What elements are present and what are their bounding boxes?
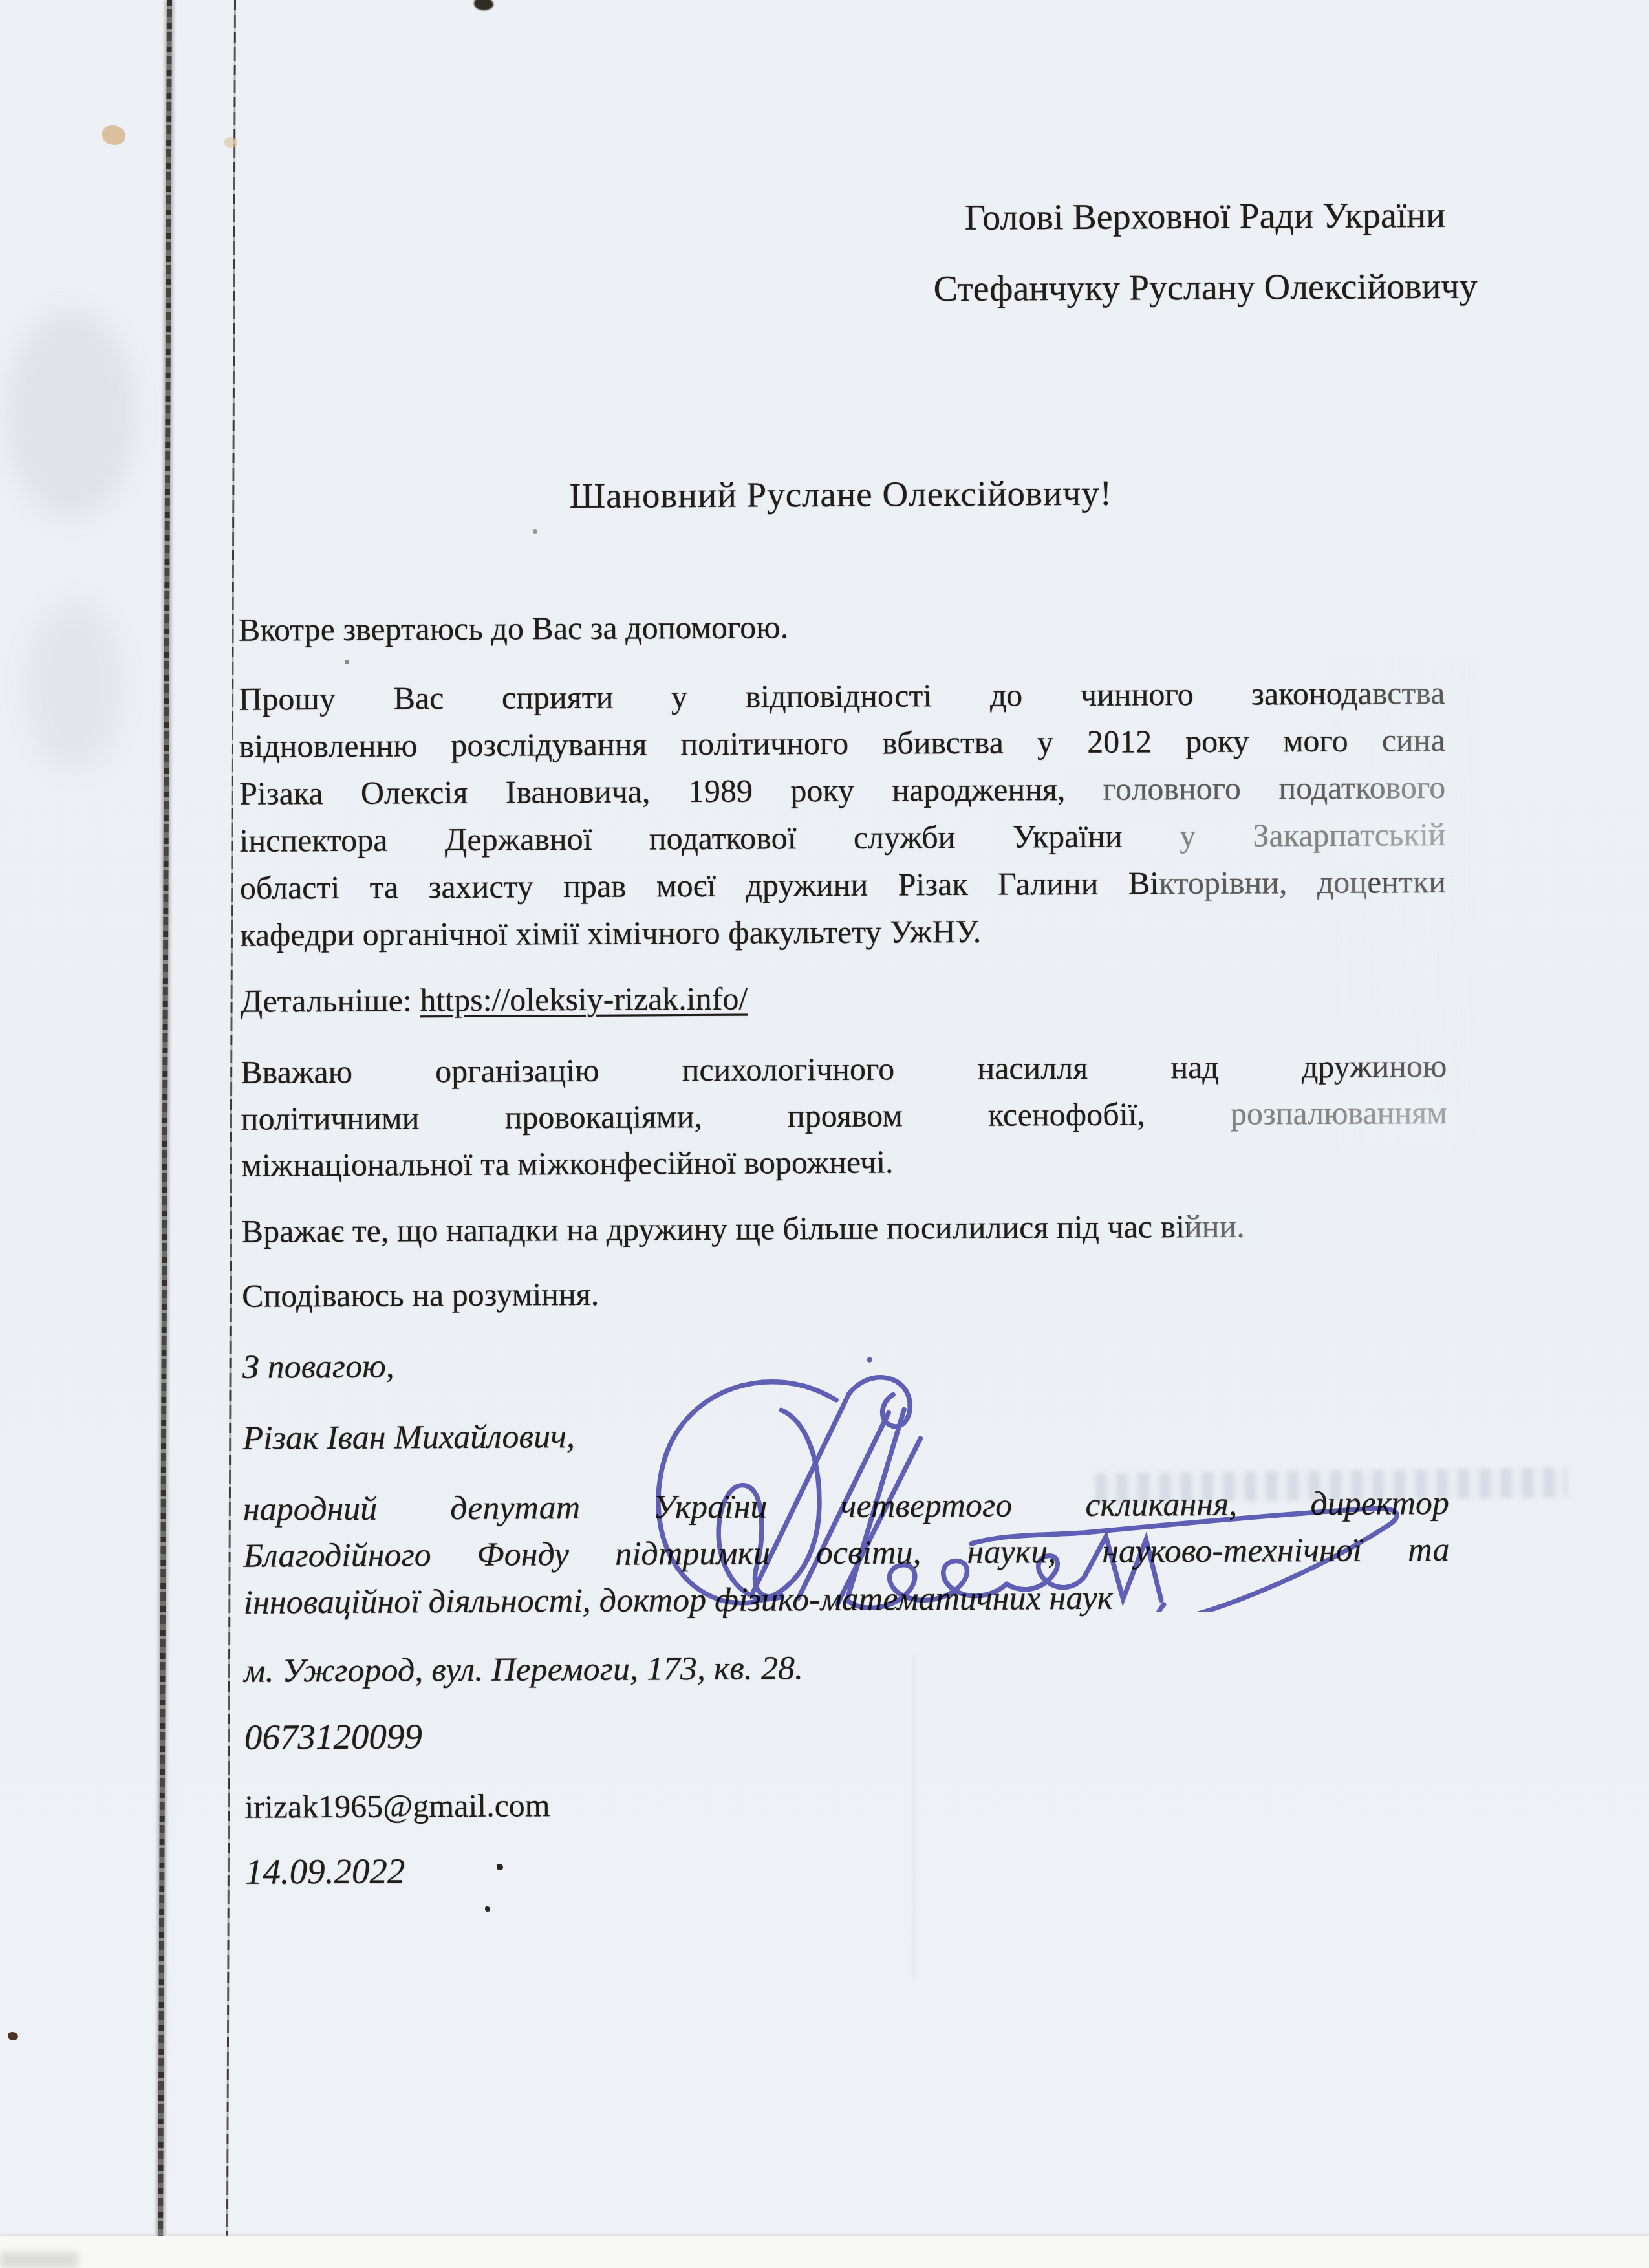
paragraph-5: Сподіваюсь на розуміння. xyxy=(242,1269,1448,1316)
letter-date: 14.09.2022 xyxy=(245,1845,1451,1893)
ink-dot xyxy=(485,1906,490,1912)
details-line: Детальніше: https://oleksiy-rizak.info/ xyxy=(241,975,1447,1021)
sender-email: irizak1965@gmail.com xyxy=(244,1780,1450,1827)
paper-smudge xyxy=(6,310,136,517)
handwritten-signature xyxy=(616,1345,1452,1615)
toner-fade xyxy=(1187,1204,1271,1251)
paragraph-1: Вкотре звертаюсь до Вас за допомогою. xyxy=(239,603,1445,650)
letter-content: Голові Верховної Ради України Стефанчуку… xyxy=(0,0,1649,2268)
paragraph-2-line: Прошу Вас сприяти у відповідності до чин… xyxy=(239,673,1445,719)
paragraph-3-line: міжнаціональної та міжконфесійної ворожн… xyxy=(241,1139,1447,1185)
bottom-corner-shadow xyxy=(0,2252,78,2268)
recipient-line-1: Голові Верховної Ради України xyxy=(843,193,1567,240)
paper-speck xyxy=(474,0,493,10)
sender-address: м. Ужгород, вул. Перемоги, 173, кв. 28. xyxy=(244,1645,1450,1692)
details-label: Детальніше: xyxy=(241,982,412,1019)
paper-crease xyxy=(913,1656,915,1979)
paragraph-3-line: Вважаю організацію психологічного насилл… xyxy=(241,1046,1447,1092)
paper-speck xyxy=(102,125,125,145)
bottom-scan-edge xyxy=(0,2236,1649,2268)
ink-dot xyxy=(497,1864,503,1870)
ink-dot xyxy=(533,529,537,534)
toner-fade xyxy=(1324,656,1482,1252)
paper-speck xyxy=(8,2032,18,2040)
paper-speck xyxy=(224,137,237,148)
paper-smudge xyxy=(26,601,123,770)
sender-phone: 0673120099 xyxy=(244,1711,1450,1758)
paragraph-2-line: кафедри органічної хімії хімічного факул… xyxy=(240,909,1446,955)
recipient-line-2: Стефанчуку Руслану Олексійовичу xyxy=(843,265,1568,311)
details-url-link: https://oleksiy-rizak.info/ xyxy=(420,980,748,1019)
salutation: Шановний Руслане Олексійовичу! xyxy=(238,471,1444,518)
scanned-letter-page: Голові Верховної Ради України Стефанчуку… xyxy=(0,0,1649,2268)
ink-dot xyxy=(345,660,349,664)
paragraph-2-line: відновленню розслідування політичного вб… xyxy=(239,720,1445,766)
